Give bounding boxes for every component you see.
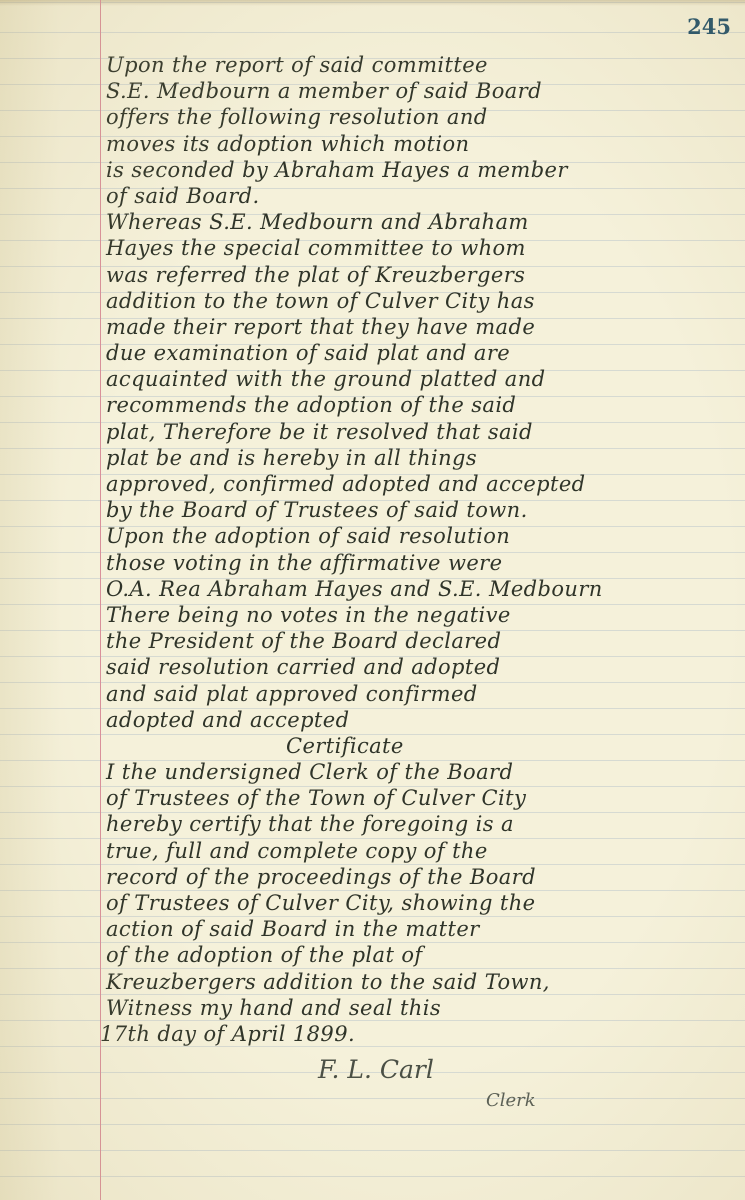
text-line: approved, confirmed adopted and accepted [106,471,745,497]
text-line: Whereas S.E. Medbourn and Abraham [106,209,745,235]
text-line: Witness my hand and seal this [106,995,745,1021]
text-line: O.A. Rea Abraham Hayes and S.E. Medbourn [106,576,745,602]
signature-title: Clerk [486,1090,536,1111]
clerk-signature: F. L. Carl [318,1055,434,1084]
text-line: due examination of said plat and are [106,340,745,366]
text-line: plat, Therefore be it resolved that said [106,419,745,445]
text-line: There being no votes in the negative [106,602,745,628]
text-line: made their report that they have made [106,314,745,340]
text-line: action of said Board in the matter [106,916,745,942]
text-line: those voting in the affirmative were [106,550,745,576]
text-line: I the undersigned Clerk of the Board [106,759,745,785]
text-line: plat be and is hereby in all things [106,445,745,471]
text-line: was referred the plat of Kreuzbergers [106,262,745,288]
page-top-edge [0,0,745,6]
text-line: of Trustees of Culver City, showing the [106,890,745,916]
text-line: S.E. Medbourn a member of said Board [106,78,745,104]
text-line: addition to the town of Culver City has [106,288,745,314]
text-line: of the adoption of the plat of [106,942,745,968]
text-line: and said plat approved confirmed [106,681,745,707]
text-line: acquainted with the ground platted and [106,366,745,392]
text-line: Upon the adoption of said resolution [106,523,745,549]
text-line: by the Board of Trustees of said town. [106,497,745,523]
text-line: hereby certify that the foregoing is a [106,811,745,837]
handwritten-minutes: Upon the report of said committee S.E. M… [106,52,745,1047]
text-line: the President of the Board declared [106,628,745,654]
date-line: 17th day of April 1899. [100,1021,745,1047]
text-line: offers the following resolution and [106,104,745,130]
text-line: of said Board. [106,183,745,209]
text-line: Upon the report of said committee [106,52,745,78]
text-line: Hayes the special committee to whom [106,235,745,261]
text-line: adopted and accepted [106,707,745,733]
text-line: recommends the adoption of the said [106,392,745,418]
text-line: true, full and complete copy of the [106,838,745,864]
text-line: of Trustees of the Town of Culver City [106,785,745,811]
text-line: is seconded by Abraham Hayes a member [106,157,745,183]
page-number: 245 [687,14,731,39]
text-line: Kreuzbergers addition to the said Town, [106,969,745,995]
text-line: record of the proceedings of the Board [106,864,745,890]
text-line: said resolution carried and adopted [106,654,745,680]
ledger-page: 245 Upon the report of said committee S.… [0,0,745,1200]
certificate-heading: Certificate [106,733,745,759]
text-line: moves its adoption which motion [106,131,745,157]
